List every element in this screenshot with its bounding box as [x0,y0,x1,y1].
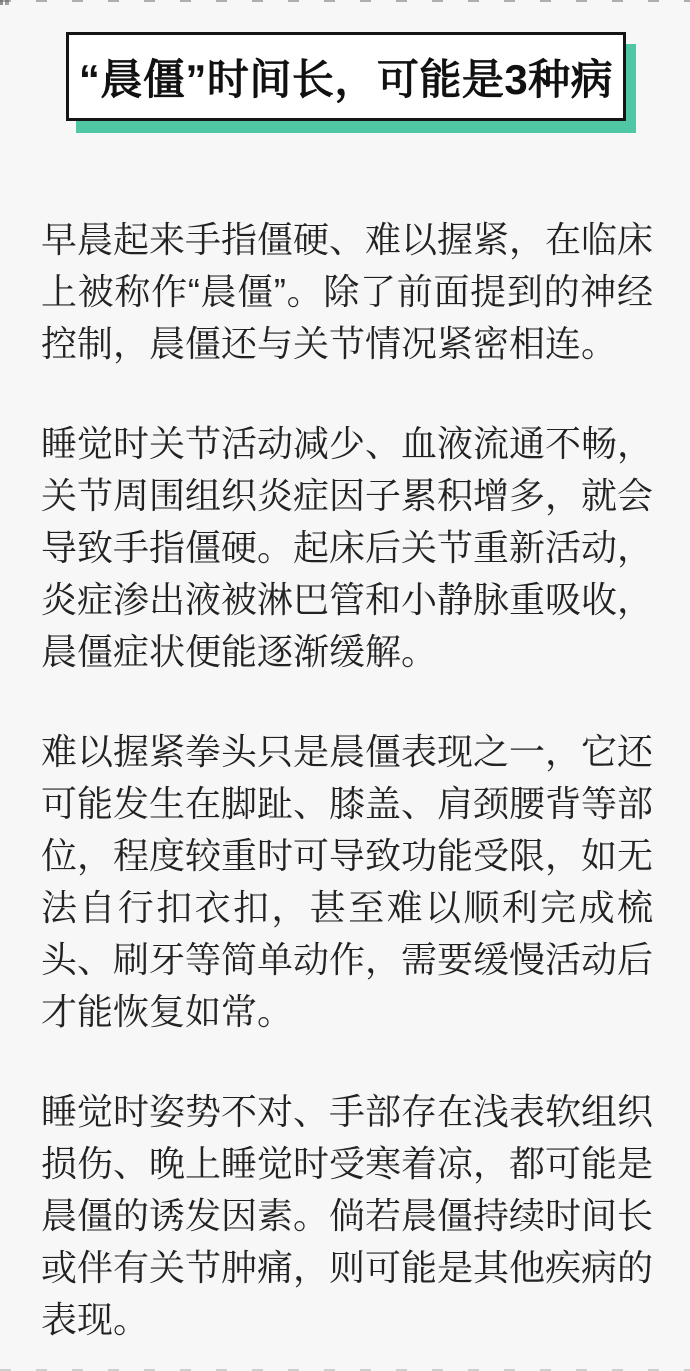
top-left-crop-artifact [0,0,9,5]
paragraph-morning-stiffness-intro: 早晨起来手指僵硬、难以握紧，在临床上被称作“晨僵”。除了前面提到的神经控制，晨僵… [41,214,653,370]
paragraph-symptom-locations: 难以握紧拳头只是晨僵表现之一，它还可能发生在脚趾、膝盖、肩颈腰背等部位，程度较重… [41,726,653,1038]
page-title: “晨僵”时间长，可能是3种病 [79,47,613,107]
article-body: 早晨起来手指僵硬、难以握紧，在临床上被称作“晨僵”。除了前面提到的神经控制，晨僵… [0,214,690,1346]
article-page: “晨僵”时间长，可能是3种病 早晨起来手指僵硬、难以握紧，在临床上被称作“晨僵”… [0,0,690,1371]
paragraph-joint-inflammation-mechanism: 睡觉时关节活动减少、血液流通不畅，关节周围组织炎症因子累积增多，就会导致手指僵硬… [41,418,653,678]
paragraph-triggers-and-warning: 睡觉时姿势不对、手部存在浅表软组织损伤、晚上睡觉时受寒着凉，都可能是晨僵的诱发因… [41,1086,653,1346]
title-box: “晨僵”时间长，可能是3种病 [66,32,626,121]
title-banner: “晨僵”时间长，可能是3种病 [66,32,626,121]
top-crop-artifact [0,0,690,2]
